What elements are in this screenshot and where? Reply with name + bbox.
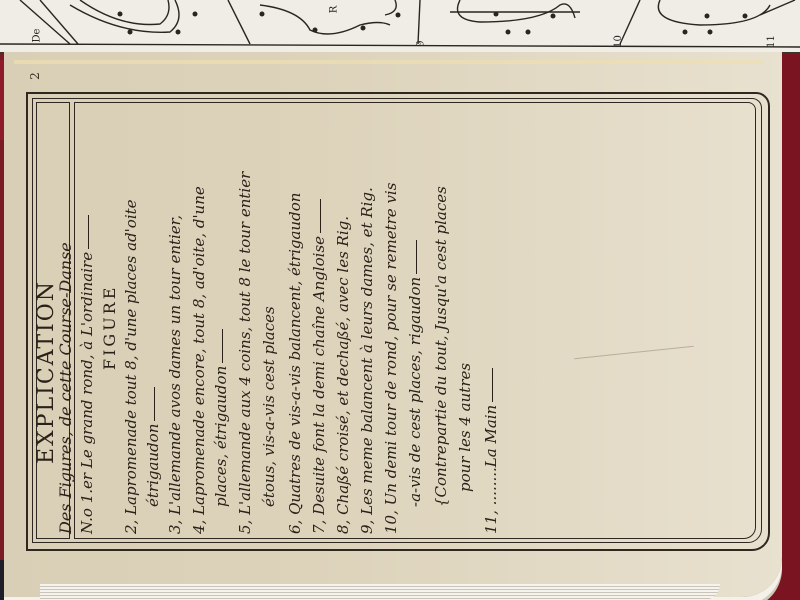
line-text: étous, vis-a-vis cest places: [260, 306, 278, 507]
dash-rule: [154, 387, 155, 421]
line-text: pour les 4 autres: [456, 363, 474, 492]
page-edges: [40, 584, 720, 600]
line-text: étrigaudon: [144, 424, 162, 507]
engraved-plate-strip: De R 9 10 11: [0, 0, 800, 54]
page-number: 2: [28, 72, 42, 80]
page-gutter: [14, 60, 764, 64]
line-text: Desuite font la demi chaîne Angloise: [310, 236, 328, 515]
line-text: L'allemande avos dames un tour entier,: [166, 215, 184, 515]
line-number: 11,: [482, 510, 500, 534]
line-1: N.o 1.er Le grand rond, à L'ordinaire: [78, 215, 96, 534]
line-number: 5,: [236, 520, 254, 534]
plate-label: 9: [416, 40, 427, 46]
line-contrepartie-cont: pour les 4 autres: [456, 363, 474, 492]
plate-label: De: [31, 29, 42, 43]
line-number: 9,: [358, 520, 376, 534]
dash-rule: [320, 199, 321, 233]
page-subtitle: Des Figures, de cette Course-Danse: [56, 242, 75, 534]
dash-rule: [416, 240, 417, 274]
line-10: 10, Un demi tour de rond, pour se remetr…: [382, 183, 400, 534]
line-text: {Contrepartie du tout, Jusqu'a cest plac…: [432, 186, 450, 507]
plate-label: R: [328, 6, 339, 14]
line-number: 4,: [190, 520, 208, 534]
line-number: 7,: [310, 520, 328, 534]
line-2-cont: étrigaudon: [144, 387, 162, 507]
line-text: Lapromenade tout 8, d'une places ad'oite: [122, 199, 140, 514]
dash-rule: [222, 329, 223, 363]
line-7: 7, Desuite font la demi chaîne Angloise: [310, 199, 328, 534]
line-3: 3, L'allemande avos dames un tour entier…: [166, 215, 184, 534]
line-text: ........La Main: [482, 405, 500, 506]
line-text: Le grand rond, à L'ordinaire: [78, 252, 96, 468]
line-4-cont: places, étrigaudon: [212, 329, 230, 507]
dash-rule: [492, 368, 493, 402]
figure-heading: FIGURE: [100, 285, 119, 370]
plate-label: 11: [766, 35, 777, 48]
line-number: 2,: [122, 520, 140, 534]
line-text: Les meme balancent à leurs dames, et Rig…: [358, 187, 376, 515]
line-text: Quatres de vis-a-vis balancent, étrigaud…: [286, 193, 304, 515]
line-9: 9, Les meme balancent à leurs dames, et …: [358, 187, 376, 534]
line-text: Chaßé croisé, et dechaßé, avec les Rig.: [334, 216, 352, 515]
dash-rule: [88, 215, 89, 249]
line-8: 8, Chaßé croisé, et dechaßé, avec les Ri…: [334, 216, 352, 534]
line-number: 8,: [334, 520, 352, 534]
plate-label: 10: [613, 35, 624, 48]
line-2: 2, Lapromenade tout 8, d'une places ad'o…: [122, 199, 140, 534]
line-number: 6,: [286, 520, 304, 534]
line-number: N.o 1.er: [78, 473, 96, 534]
book-page: 2 EXPLICATION Des Figures, de cette Cour…: [4, 52, 782, 597]
line-text: Un demi tour de rond, pour se remetre vi…: [382, 183, 400, 506]
line-5-cont: étous, vis-a-vis cest places: [260, 306, 278, 507]
line-10-cont: -a-vis de cest places, rigaudon: [406, 240, 424, 507]
line-number: 3,: [166, 520, 184, 534]
line-text: places, étrigaudon: [212, 366, 230, 507]
line-text: -a-vis de cest places, rigaudon: [406, 277, 424, 507]
line-number: 10,: [382, 510, 400, 534]
line-4: 4, Lapromenade encore, tout 8, ad'oite, …: [190, 186, 208, 534]
line-text: Lapromenade encore, tout 8, ad'oite, d'u…: [190, 186, 208, 515]
line-6: 6, Quatres de vis-a-vis balancent, étrig…: [286, 193, 304, 534]
line-text: L'allemande aux 4 coins, tout 8 le tour …: [236, 172, 254, 515]
line-contrepartie: {Contrepartie du tout, Jusqu'a cest plac…: [432, 186, 450, 507]
dance-diagram-icon: [0, 0, 800, 52]
line-5: 5, L'allemande aux 4 coins, tout 8 le to…: [236, 172, 254, 534]
line-11: 11, ........La Main: [482, 368, 500, 534]
